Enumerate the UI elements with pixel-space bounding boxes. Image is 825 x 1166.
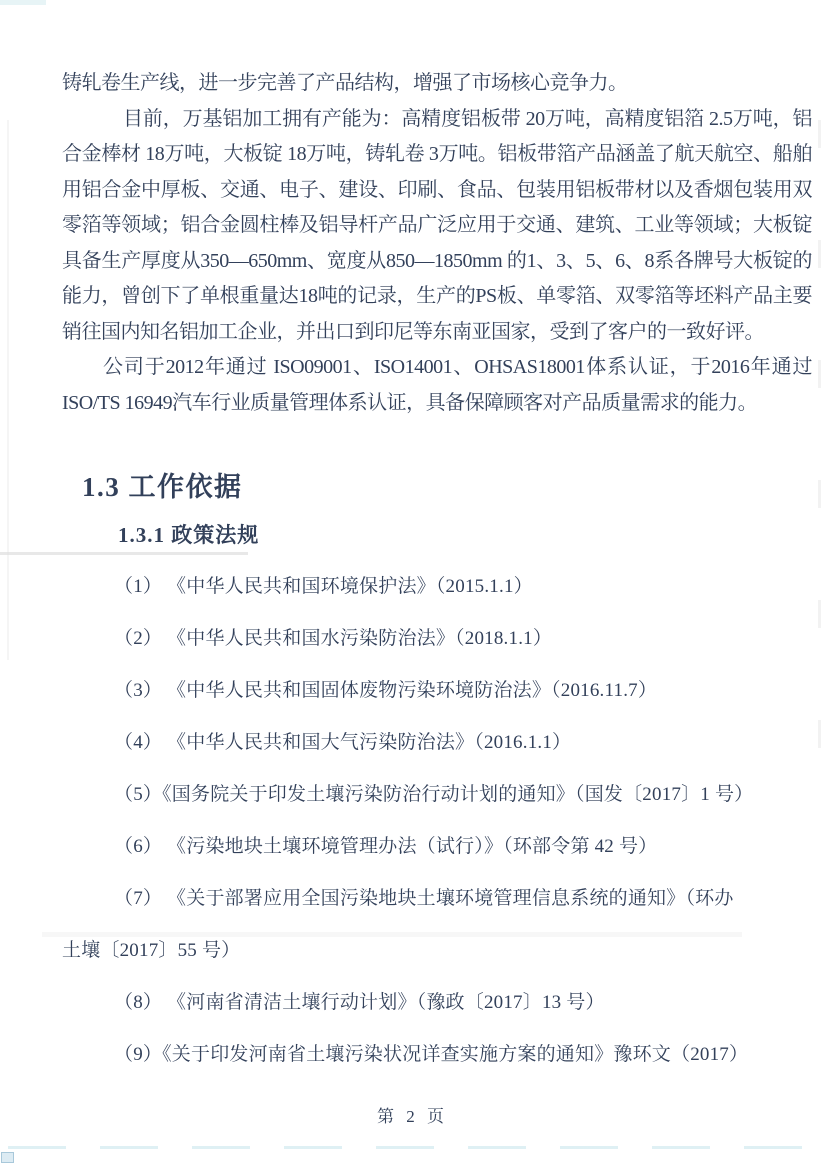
page-number: 第 2 页	[0, 1102, 825, 1127]
body-paragraph: 目前，万基铝加工拥有产能为：高精度铝板带 20万吨，高精度铝箔 2.5万吨，铝合…	[62, 102, 812, 351]
policy-item-wrap-line: 土壤〔2017〕55 号）	[62, 925, 812, 977]
body-paragraph: 公司于2012年通过 ISO09001、ISO14001、OHSAS18001体…	[62, 350, 812, 421]
scan-artifact-left-line	[7, 120, 9, 660]
policy-item-text: （7） 《关于部署应用全国污染地块土壤环境管理信息系统的通知》（环办	[62, 873, 812, 925]
policy-item: （2） 《中华人民共和国水污染防治法》（2018.1.1）	[62, 613, 812, 665]
scan-artifact-bottom-dashes	[8, 1146, 817, 1149]
policy-item: （7） 《关于部署应用全国污染地块土壤环境管理信息系统的通知》（环办 土壤〔20…	[62, 873, 812, 977]
policy-item-text: （3） 《中华人民共和国固体废物污染环境防治法》（2016.11.7）	[62, 665, 812, 717]
document-page: 铸轧卷生产线，进一步完善了产品结构，增强了市场核心竞争力。 目前，万基铝加工拥有…	[0, 0, 825, 1166]
policy-item: （9）《关于印发河南省土壤污染状况详查实施方案的通知》豫环文（2017）	[62, 1029, 812, 1081]
policy-item: （8） 《河南省清洁土壤行动计划》（豫政〔2017〕13 号）	[62, 977, 812, 1029]
policy-item: （6） 《污染地块土壤环境管理办法（试行）》（环部令第 42 号）	[62, 821, 812, 873]
policy-item: （1） 《中华人民共和国环境保护法》（2015.1.1）	[62, 561, 812, 613]
page-content: 铸轧卷生产线，进一步完善了产品结构，增强了市场核心竞争力。 目前，万基铝加工拥有…	[62, 66, 812, 1081]
policy-law-list: （1） 《中华人民共和国环境保护法》（2015.1.1） （2） 《中华人民共和…	[62, 561, 812, 1081]
section-heading: 1.3 工作依据	[62, 467, 812, 507]
policy-item-text: （1） 《中华人民共和国环境保护法》（2015.1.1）	[62, 561, 812, 613]
policy-item-text: （4） 《中华人民共和国大气污染防治法》（2016.1.1）	[62, 717, 812, 769]
policy-item-text: （8） 《河南省清洁土壤行动计划》（豫政〔2017〕13 号）	[62, 977, 812, 1029]
policy-item-text: （2） 《中华人民共和国水污染防治法》（2018.1.1）	[62, 613, 812, 665]
policy-item-text: （5）《国务院关于印发土壤污染防治行动计划的通知》（国发〔2017〕1 号）	[62, 769, 812, 821]
policy-item: （5）《国务院关于印发土壤污染防治行动计划的通知》（国发〔2017〕1 号）	[62, 769, 812, 821]
policy-item: （3） 《中华人民共和国固体废物污染环境防治法》（2016.11.7）	[62, 665, 812, 717]
scan-artifact-right-dashes	[818, 120, 821, 820]
body-paragraph: 铸轧卷生产线，进一步完善了产品结构，增强了市场核心竞争力。	[62, 66, 812, 102]
policy-item-text: （6） 《污染地块土壤环境管理办法（试行）》（环部令第 42 号）	[62, 821, 812, 873]
scan-artifact-corner-mark	[1, 1152, 14, 1163]
policy-item-text: （9）《关于印发河南省土壤污染状况详查实施方案的通知》豫环文（2017）	[62, 1029, 812, 1081]
policy-item: （4） 《中华人民共和国大气污染防治法》（2016.1.1）	[62, 717, 812, 769]
subsection-heading: 1.3.1 政策法规	[62, 519, 812, 551]
scan-artifact-top-strip	[0, 0, 46, 5]
